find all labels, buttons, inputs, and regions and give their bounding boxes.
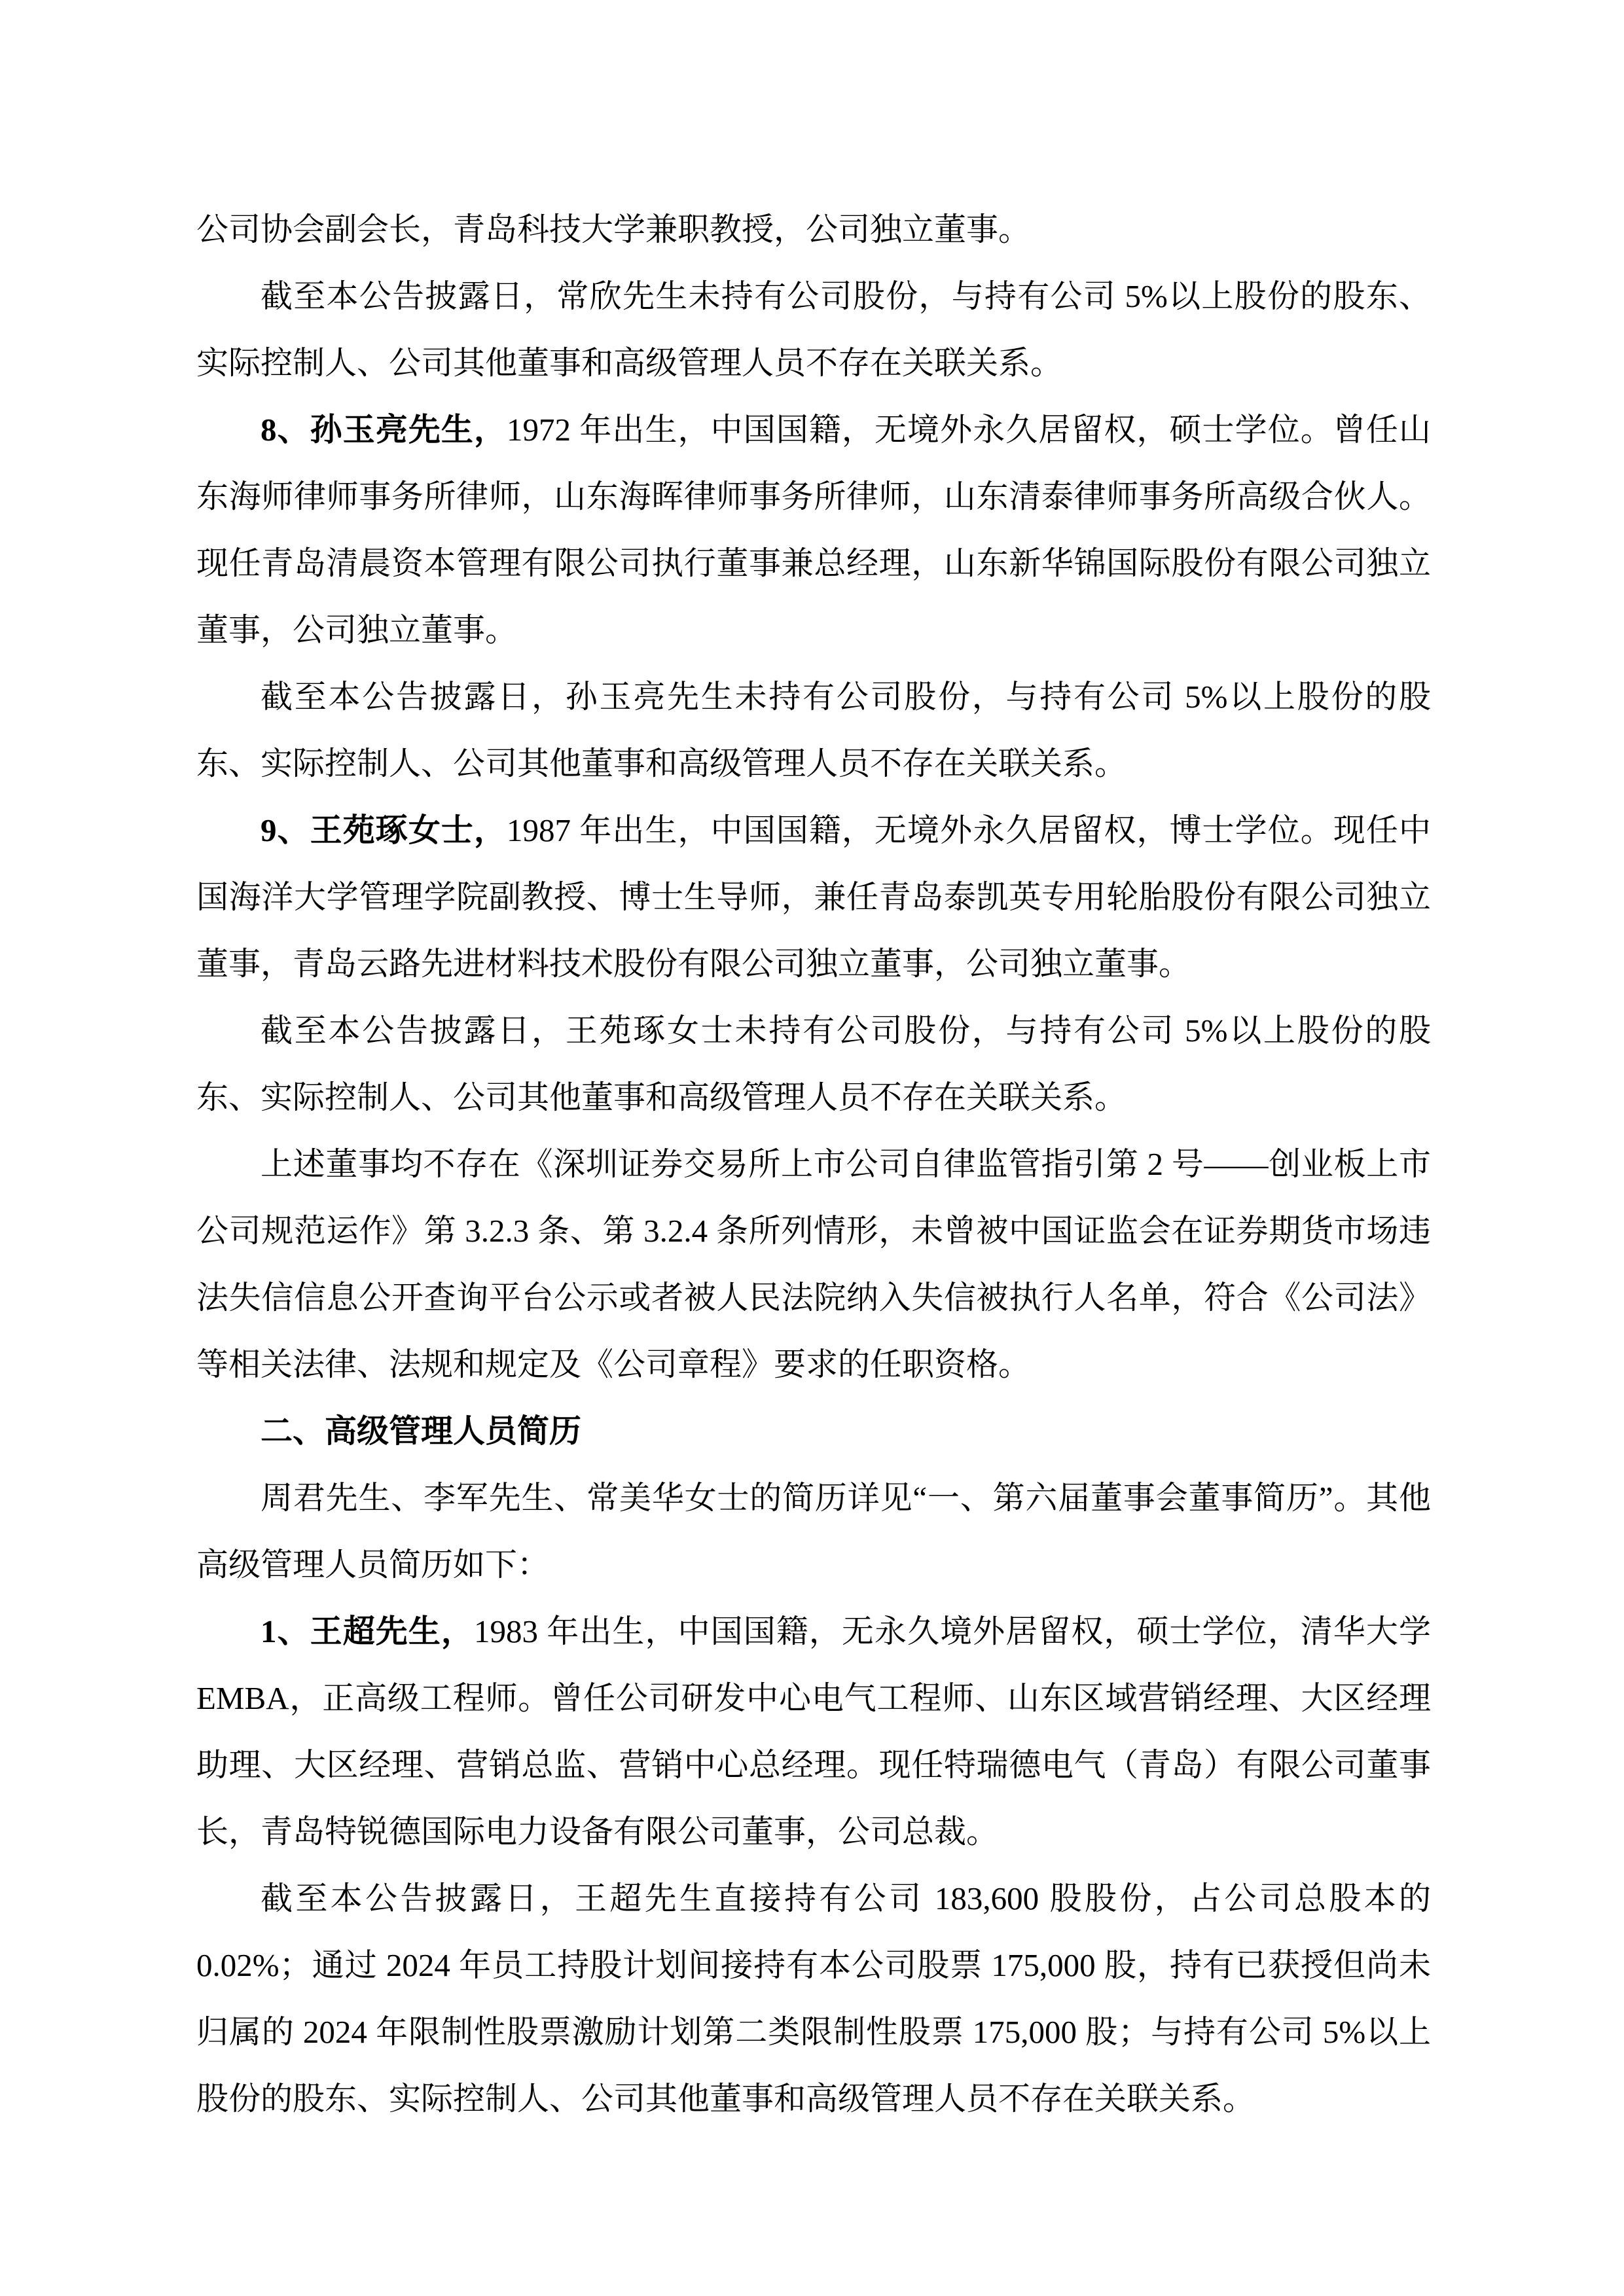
paragraph-text: 上述董事均不存在《深圳证券交易所上市公司自律监管指引第 2 号——创业板上市公司… [196, 1146, 1431, 1382]
paragraph-text: 截至本公告披露日，常欣先生未持有公司股份，与持有公司 5%以上股份的股东、实际控… [196, 278, 1431, 381]
document-page: 公司协会副会长，青岛科技大学兼职教授，公司独立董事。 截至本公告披露日，常欣先生… [0, 0, 1624, 2296]
paragraph-wang-yuanzhuo-shareholding: 截至本公告披露日，王苑琢女士未持有公司股份，与持有公司 5%以上股份的股东、实际… [196, 997, 1431, 1131]
section-heading-senior-managers: 二、高级管理人员简历 [196, 1398, 1431, 1465]
paragraph-text: 截至本公告披露日，孙玉亮先生未持有公司股份，与持有公司 5%以上股份的股东、实际… [196, 679, 1431, 781]
paragraph-bio-sun-yuliang: 8、孙玉亮先生，1972 年出生，中国国籍，无境外永久居留权，硕士学位。曾任山东… [196, 397, 1431, 664]
paragraph-bio-wang-chao: 1、王超先生，1983 年出生，中国国籍，无永久境外居留权，硕士学位，清华大学 … [196, 1598, 1431, 1865]
paragraph-changxin-shareholding: 截至本公告披露日，常欣先生未持有公司股份，与持有公司 5%以上股份的股东、实际控… [196, 263, 1431, 397]
paragraph-wang-chao-shareholding: 截至本公告披露日，王超先生直接持有公司 183,600 股股份，占公司总股本的 … [196, 1865, 1431, 2132]
paragraph-text: 公司协会副会长，青岛科技大学兼职教授，公司独立董事。 [196, 211, 1030, 247]
paragraph-sun-yuliang-shareholding: 截至本公告披露日，孙玉亮先生未持有公司股份，与持有公司 5%以上股份的股东、实际… [196, 664, 1431, 797]
paragraph-carryover-changxin-bio: 公司协会副会长，青岛科技大学兼职教授，公司独立董事。 [196, 196, 1431, 263]
bio-number-name-bold: 8、孙玉亮先生， [261, 412, 507, 448]
paragraph-text: 截至本公告披露日，王超先生直接持有公司 183,600 股股份，占公司总股本的 … [196, 1880, 1431, 2117]
bio-number-name-bold: 9、王苑琢女士， [261, 812, 507, 848]
paragraph-managers-reference: 周君先生、李军先生、常美华女士的简历详见“一、第六届董事会董事简历”。其他高级管… [196, 1465, 1431, 1598]
paragraph-text: 周君先生、李军先生、常美华女士的简历详见“一、第六届董事会董事简历”。其他高级管… [196, 1480, 1431, 1583]
paragraph-directors-qualification: 上述董事均不存在《深圳证券交易所上市公司自律监管指引第 2 号——创业板上市公司… [196, 1131, 1431, 1398]
paragraph-bio-wang-yuanzhuo: 9、王苑琢女士，1987 年出生，中国国籍，无境外永久居留权，博士学位。现任中国… [196, 797, 1431, 997]
paragraph-text: 截至本公告披露日，王苑琢女士未持有公司股份，与持有公司 5%以上股份的股东、实际… [196, 1013, 1431, 1115]
section-heading-text: 二、高级管理人员简历 [261, 1413, 581, 1449]
bio-number-name-bold: 1、王超先生， [261, 1613, 474, 1649]
